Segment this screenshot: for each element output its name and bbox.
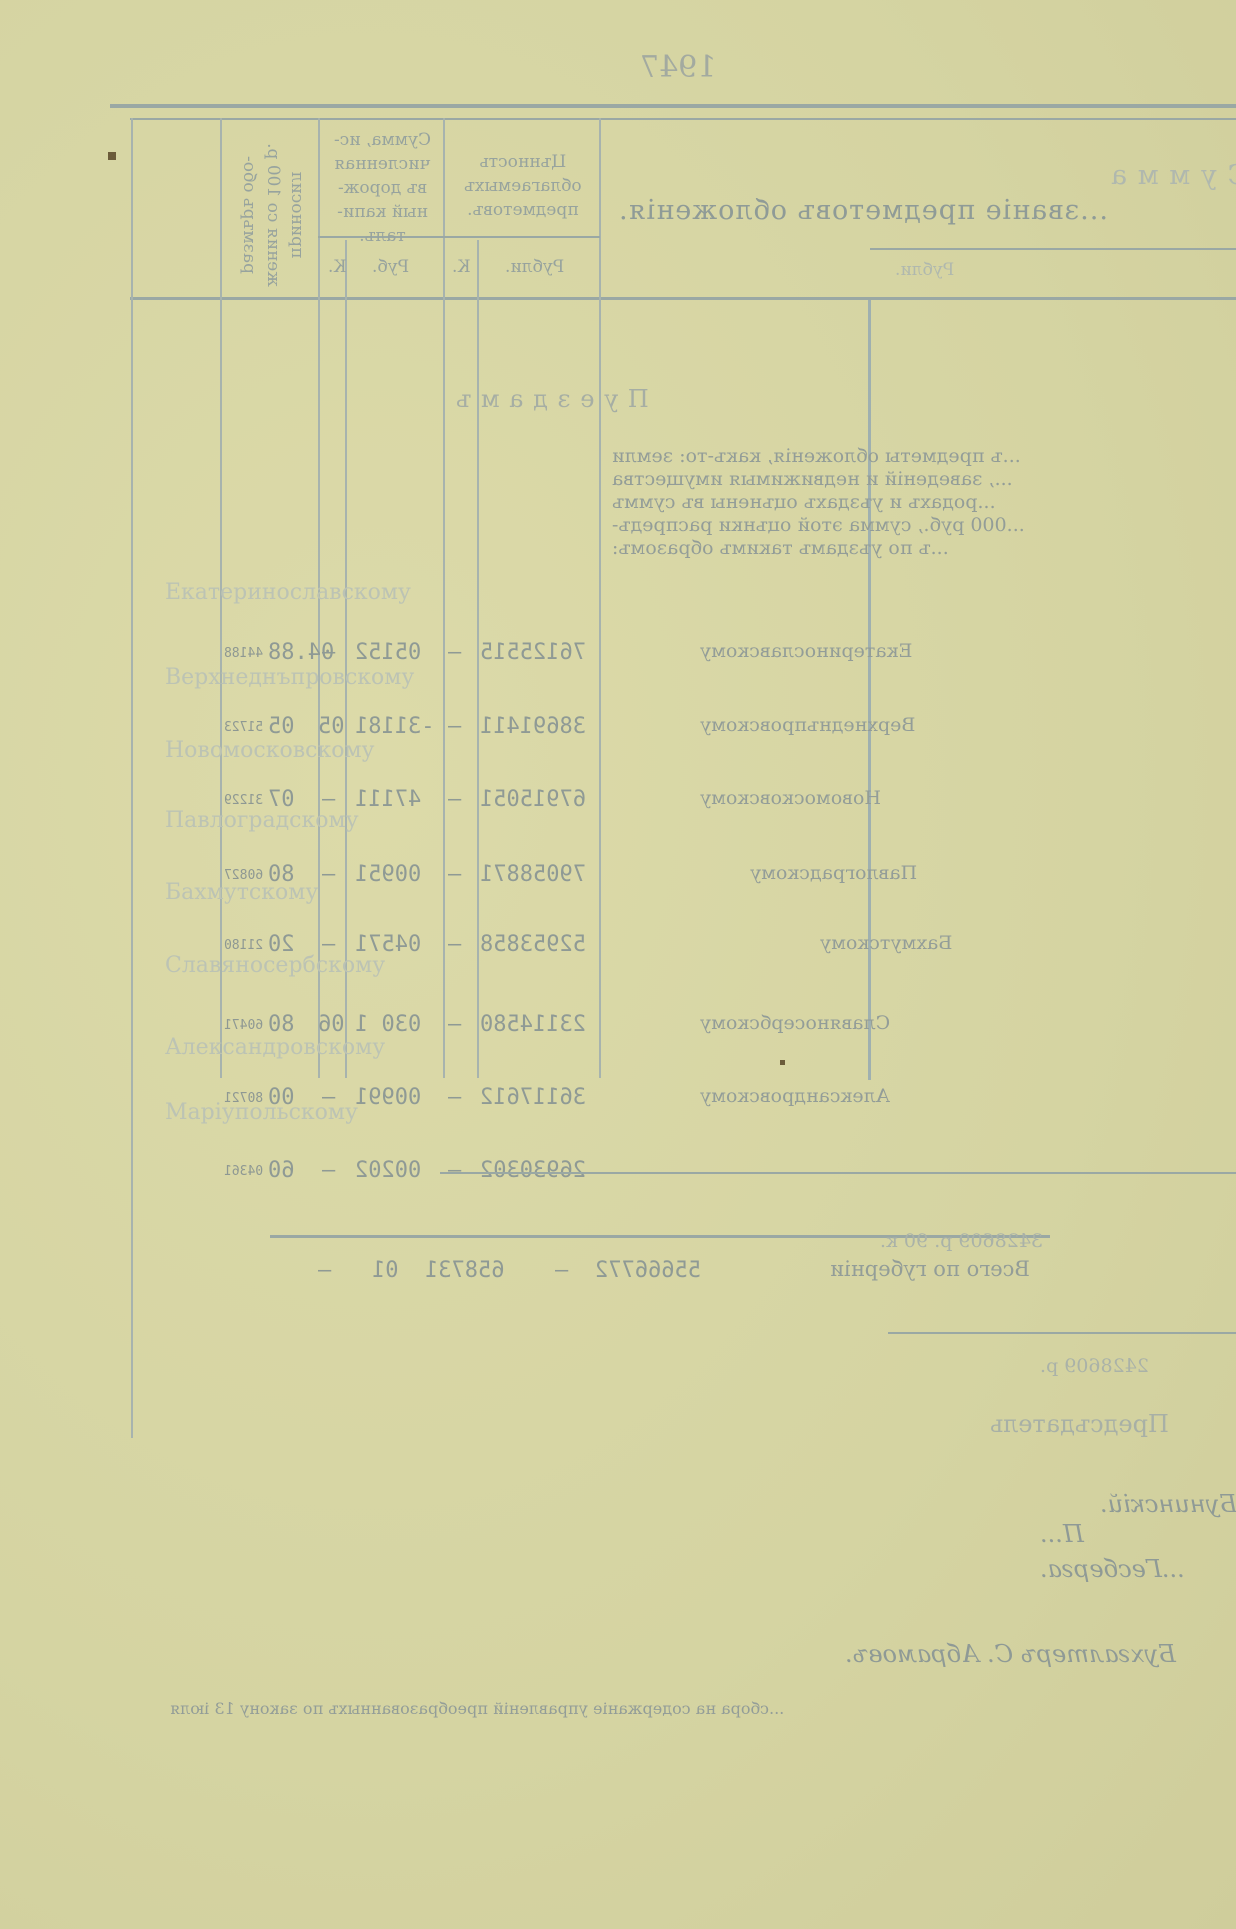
header-bottom-rule: [130, 297, 1236, 300]
accountant-signature: Бухгалтеръ С. Абрамовъ.: [845, 1640, 1176, 1668]
header-percent: приносил жения со 100 р. размъръ обо-: [228, 135, 318, 295]
uezd-name: Верхнеднъпровскому: [165, 665, 414, 690]
total-rule-right: [888, 1332, 1236, 1334]
header-value: Цънностьоблагаемыхъпредметовъ.: [448, 150, 598, 222]
uezd-name: Славяносербскому: [165, 953, 385, 978]
intro-text: ...ъ предметы обложенiя, какъ-то: земли.…: [612, 445, 1025, 560]
subheader-rule: [870, 248, 1236, 250]
col-border: [868, 300, 871, 1080]
header-capital: Сумма, ис-численнаявъ дорож-ный капи-тал…: [322, 128, 442, 248]
uezd-name: Александровскому: [165, 1035, 385, 1060]
page-number: 1947: [640, 50, 716, 85]
below-total: 2428609 р.: [1040, 1355, 1149, 1378]
header-object-name: ...званiе предметовъ обложенiя.: [618, 195, 1108, 226]
table-top-rule: [110, 104, 1236, 108]
member-signature: Бунинскiй.: [1100, 1490, 1236, 1518]
col-border: [443, 118, 445, 1078]
header-sum: С у м м а: [1110, 160, 1236, 191]
speck: [108, 152, 116, 160]
uezd-name: Новомосковскому: [165, 738, 375, 763]
upper-total: 3428609 р. 90 к.: [880, 1230, 1043, 1253]
sub-rub: Руб.: [372, 255, 409, 279]
speck: [780, 1060, 785, 1065]
table-top-rule-inner: [130, 118, 1236, 120]
sub-k: К.: [452, 255, 471, 279]
col-border: [131, 118, 133, 1438]
col-border: [477, 240, 479, 1078]
sub-rubli: Рубли.: [505, 255, 564, 279]
section-label: П у е з д а м ъ: [455, 385, 649, 413]
sub-kop: К.: [328, 255, 347, 279]
sub-rubli-right: Рубли.: [895, 258, 954, 282]
uezd-name: Павлоградскому: [165, 808, 359, 833]
footnote: ...сбора на содержанiе управленiй преобр…: [170, 1697, 784, 1720]
member-signature: ...Гесберга.: [1040, 1555, 1185, 1583]
chair-signature: Предсъдатель: [990, 1410, 1169, 1438]
member-signature: П...: [1040, 1520, 1084, 1548]
uezd-name: Бахмутскому: [165, 880, 318, 905]
uezd-name: Маріупольскому: [165, 1100, 358, 1125]
uezd-name: Екатеринославскому: [165, 580, 411, 605]
col-border: [599, 118, 601, 1078]
row-rule: [440, 1172, 1236, 1174]
